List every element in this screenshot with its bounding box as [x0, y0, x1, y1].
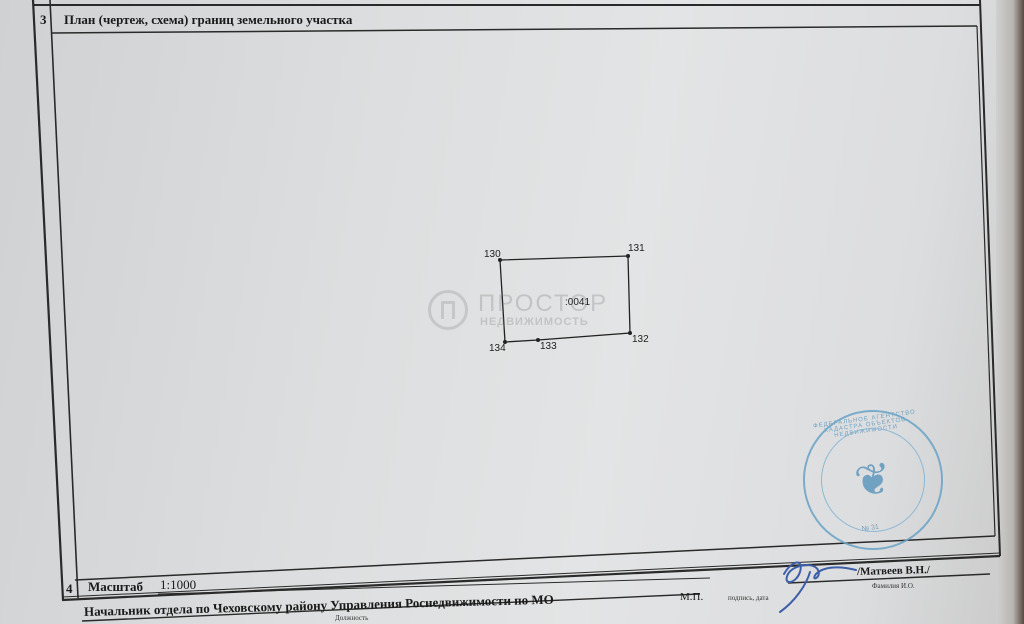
watermark-title: ПРОСТОР: [478, 290, 608, 318]
signature-caption: подпись, дата: [728, 594, 769, 602]
vertex-130: 130: [484, 249, 501, 260]
double-headed-eagle-icon: ❦: [841, 446, 905, 515]
name-caption: Фамилия И.О.: [872, 582, 915, 590]
watermark-subtitle: НЕДВИЖИМОСТЬ: [480, 316, 589, 328]
position-caption: Должность: [335, 614, 368, 622]
stamp-place-label: М.П.: [680, 591, 703, 603]
vertex-132: 132: [632, 334, 649, 345]
signature-icon: [770, 552, 870, 616]
vertex-134: 134: [489, 343, 506, 354]
signatory-name: /Матвеев В.Н./: [857, 564, 930, 578]
building-logo-icon: [428, 290, 468, 330]
vertex-131: 131: [628, 243, 645, 254]
vertex-133: 133: [540, 341, 557, 352]
